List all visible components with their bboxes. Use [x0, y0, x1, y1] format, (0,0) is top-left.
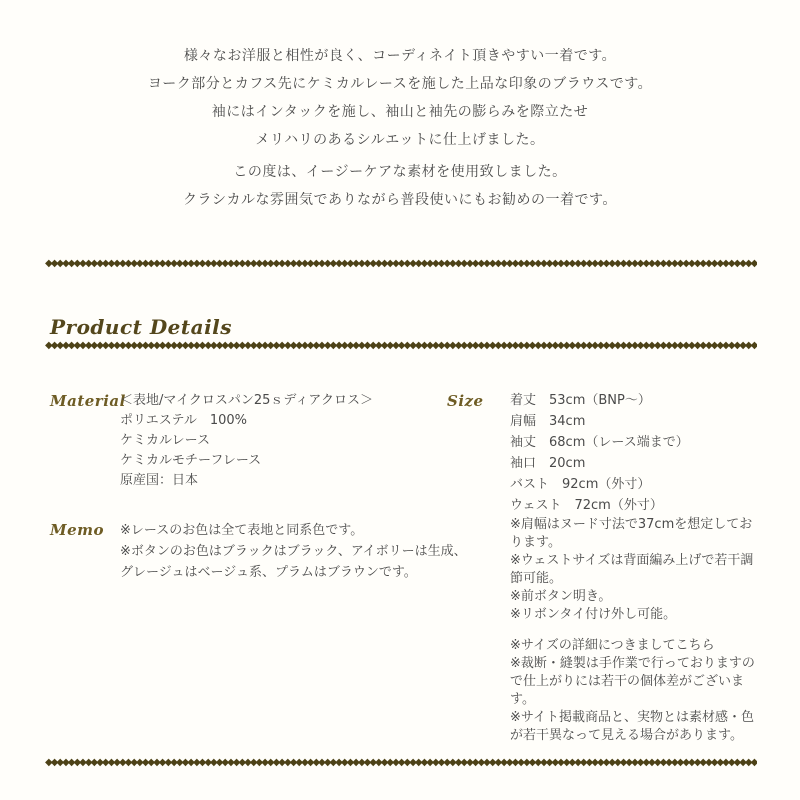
description-line: 様々なお洋服と相性が良く、コーディネイト頂きやすい一着です。 [0, 42, 800, 70]
diamond-divider: ◆◆◆◆◆◆◆◆◆◆◆◆◆◆◆◆◆◆◆◆◆◆◆◆◆◆◆◆◆◆◆◆◆◆◆◆◆◆◆◆… [45, 258, 757, 270]
description-line: 袖にはインタックを施し、袖山と袖先の膨らみを際立たせ [0, 98, 800, 126]
size-measurement: 袖丈 68cm（レース端まで） [510, 432, 765, 453]
material-info: ＜表地/マイクロスパン25ｓディアクロス＞ ポリエステル 100% ケミカルレー… [120, 391, 430, 491]
size-notes: ※肩幅はヌード寸法で37cmを想定しております。 ※ウェストサイズは背面編み上げ… [510, 516, 765, 624]
size-note: ※裁断・縫製は手作業で行っておりますので仕上がりには若干の個体差がございます。 [510, 655, 765, 709]
product-description-paragraph-1: 様々なお洋服と相性が良く、コーディネイト頂きやすい一着です。 ヨーク部分とカフス… [0, 42, 800, 154]
size-measurement: 肩幅 34cm [510, 411, 765, 432]
size-label: Size [447, 392, 484, 410]
diamond-divider: ◆◆◆◆◆◆◆◆◆◆◆◆◆◆◆◆◆◆◆◆◆◆◆◆◆◆◆◆◆◆◆◆◆◆◆◆◆◆◆◆… [45, 757, 757, 769]
description-line: ヨーク部分とカフス先にケミカルレースを施した上品な印象のブラウスです。 [0, 70, 800, 98]
size-measurement: 着丈 53cm（BNP～） [510, 390, 765, 411]
size-info: 着丈 53cm（BNP～） 肩幅 34cm 袖丈 68cm（レース端まで） 袖口… [510, 390, 765, 745]
diamond-divider: ◆◆◆◆◆◆◆◆◆◆◆◆◆◆◆◆◆◆◆◆◆◆◆◆◆◆◆◆◆◆◆◆◆◆◆◆◆◆◆◆… [45, 340, 757, 352]
material-line: ケミカルモチーフレース [120, 451, 430, 471]
size-note: ※リボンタイ付け外し可能。 [510, 606, 765, 624]
material-label: Material [50, 392, 126, 410]
description-line: クラシカルな雰囲気でありながら普段使いにもお勧めの一着です。 [0, 186, 800, 214]
size-note: ※肩幅はヌード寸法で37cmを想定しております。 [510, 516, 765, 552]
description-line: メリハリのあるシルエットに仕上げました。 [0, 126, 800, 154]
size-measurements: 着丈 53cm（BNP～） 肩幅 34cm 袖丈 68cm（レース端まで） 袖口… [510, 390, 765, 516]
size-note: ※前ボタン明き。 [510, 588, 765, 606]
size-detail-link[interactable]: こちら [676, 638, 715, 653]
product-details-page: 様々なお洋服と相性が良く、コーディネイト頂きやすい一着です。 ヨーク部分とカフス… [0, 0, 800, 800]
memo-line: ※ボタンのお色はブラックはブラック、アイボリーは生成、グレージュはベージュ系、プ… [120, 541, 472, 583]
size-additional-notes: ※サイズの詳細につきましてこちら ※裁断・縫製は手作業で行っておりますので仕上が… [510, 637, 765, 745]
memo-info: ※レースのお色は全て表地と同系色です。 ※ボタンのお色はブラックはブラック、アイ… [120, 520, 472, 583]
size-measurement: ウェスト 72cm（外寸） [510, 495, 765, 516]
material-line: ＜表地/マイクロスパン25ｓディアクロス＞ [120, 391, 430, 411]
material-line: ポリエステル 100% [120, 411, 430, 431]
product-description-paragraph-2: この度は、イージーケアな素材を使用致しました。 クラシカルな雰囲気でありながら普… [0, 158, 800, 214]
size-measurement: 袖口 20cm [510, 453, 765, 474]
size-measurement: バスト 92cm（外寸） [510, 474, 765, 495]
material-line: ケミカルレース [120, 431, 430, 451]
size-note: ※サイト掲載商品と、実物とは素材感・色が若干異なって見える場合があります。 [510, 709, 765, 745]
size-detail-prefix: ※サイズの詳細につきまして [510, 638, 676, 653]
material-line: 原産国：日本 [120, 471, 430, 491]
description-line: この度は、イージーケアな素材を使用致しました。 [0, 158, 800, 186]
section-heading: Product Details [50, 315, 232, 339]
size-note: ※ウェストサイズは背面編み上げで若干調節可能。 [510, 552, 765, 588]
size-detail-line: ※サイズの詳細につきましてこちら [510, 637, 765, 655]
memo-label: Memo [50, 521, 104, 539]
memo-line: ※レースのお色は全て表地と同系色です。 [120, 520, 472, 541]
